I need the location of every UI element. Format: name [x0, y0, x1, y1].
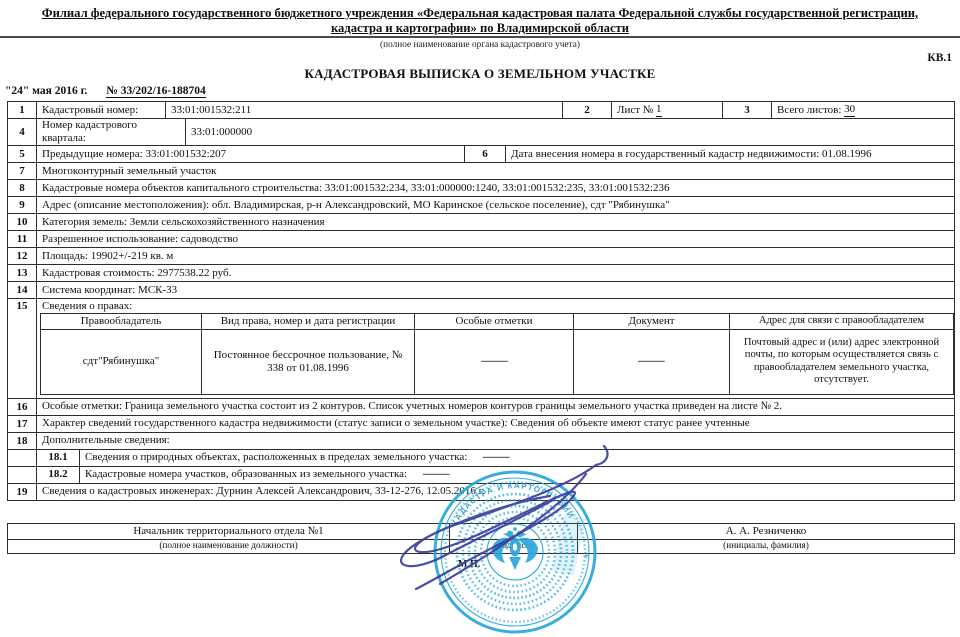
row-18-1: 18.1 Сведения о природных объектах, расп… [8, 449, 954, 466]
position-title: Начальник территориального отдела №1 [8, 524, 450, 540]
land-category: Категория земель: Земли сельскохозяйстве… [37, 214, 954, 230]
row-11: 11 Разрешенное использование: садоводств… [8, 230, 954, 247]
row-16: 16 Особые отметки: Граница земельного уч… [8, 398, 954, 415]
rights-type: Постоянное бессрочное пользование, № 338… [202, 330, 415, 394]
row-7-num: 7 [8, 163, 37, 179]
row-9-num: 9 [8, 197, 37, 213]
row-5: 5 Предыдущие номера: 33:01:001532:207 6 … [8, 145, 954, 162]
rights-contact-address: Почтовый адрес и (или) адрес электронной… [730, 330, 953, 394]
row-4-num: 4 [8, 119, 37, 145]
derived-parcels-text: Кадастровые номера участков, образованны… [85, 468, 407, 481]
row-15-num: 15 [8, 299, 37, 398]
org-name-line1: Филиал федерального государственного бюд… [42, 6, 918, 20]
row-10: 10 Категория земель: Земли сельскохозяйс… [8, 213, 954, 230]
area: Площадь: 19902+/-219 кв. м [37, 248, 954, 264]
rights-header-right: Вид права, номер и дата регистрации [202, 314, 415, 329]
row-18: 18 Дополнительные сведения: [8, 432, 954, 449]
row-17-num: 17 [8, 416, 37, 432]
org-name-line2: кадастра и картографии» по Владимирской … [331, 21, 629, 35]
row-12: 12 Площадь: 19902+/-219 кв. м [8, 247, 954, 264]
row-18-num: 18 [8, 433, 37, 449]
row-10-num: 10 [8, 214, 37, 230]
name-caption: (инициалы, фамилия) [578, 540, 954, 553]
row-18-2-num: 18.2 [37, 467, 80, 483]
row-18-1-spacer [8, 450, 37, 466]
previous-numbers: Предыдущие номера: 33:01:001532:207 [37, 146, 465, 162]
row-2-num: 2 [563, 102, 612, 118]
rights-table: Правообладатель Вид права, номер и дата … [40, 313, 954, 395]
row-14-num: 14 [8, 282, 37, 298]
permitted-use: Разрешенное использование: садоводство [37, 231, 954, 247]
row-1: 1 Кадастровый номер: 33:01:001532:211 2 … [8, 102, 954, 118]
natural-objects-info: Сведения о природных объектах, расположе… [80, 450, 954, 466]
org-name: Филиал федерального государственного бюд… [0, 0, 960, 35]
row-18-1-num: 18.1 [37, 450, 80, 466]
seal-place-mark: М.П. [458, 559, 960, 570]
form-code: КВ.1 [0, 52, 960, 64]
row-12-num: 12 [8, 248, 37, 264]
rights-section: Сведения о правах: Правообладатель Вид п… [37, 299, 954, 398]
official-name: А. А. Резниченко [578, 524, 954, 540]
cadastral-extract-page: Филиал федерального государственного бюд… [0, 0, 960, 637]
rights-document-dash: — [638, 355, 664, 368]
row-13-num: 13 [8, 265, 37, 281]
doc-number: № 33/202/16-188704 [106, 85, 205, 98]
doc-title: КАДАСТРОВАЯ ВЫПИСКА О ЗЕМЕЛЬНОМ УЧАСТКЕ [0, 66, 960, 81]
row-11-num: 11 [8, 231, 37, 247]
rights-header-document: Документ [574, 314, 730, 329]
additional-info-label: Дополнительные сведения: [37, 433, 954, 449]
quarter-number-label: Номер кадастрового квартала: [37, 119, 186, 145]
rights-table-row: сдт"Рябинушка" Постоянное бессрочное пол… [41, 330, 953, 394]
registration-date: Дата внесения номера в государственный к… [506, 146, 954, 162]
row-4: 4 Номер кадастрового квартала: 33:01:000… [8, 118, 954, 145]
row-8-num: 8 [8, 180, 37, 196]
sheet-cell: Лист № 1 [612, 102, 723, 118]
position-caption: (полное наименование должности) [8, 540, 450, 553]
row-15: 15 Сведения о правах: Правообладатель Ви… [8, 298, 954, 398]
row-16-num: 16 [8, 399, 37, 415]
row-6-num: 6 [465, 146, 506, 162]
rights-table-header: Правообладатель Вид права, номер и дата … [41, 314, 953, 330]
signature-block: Начальник территориального отдела №1 А. … [7, 523, 955, 554]
row-8: 8 Кадастровые номера объектов капитально… [8, 179, 954, 196]
row-18-2: 18.2 Кадастровые номера участков, образо… [8, 466, 954, 483]
row-5-num: 5 [8, 146, 37, 162]
rights-header-address: Адрес для связи с правообладателем [730, 314, 953, 329]
cadastral-engineers: Сведения о кадастровых инженерах: Дурнин… [37, 484, 954, 500]
row-1-num: 1 [8, 102, 37, 118]
multicontour-note: Многоконтурный земельный участок [37, 163, 954, 179]
row-13: 13 Кадастровая стоимость: 2977538.22 руб… [8, 264, 954, 281]
rights-label: Сведения о правах: [37, 299, 954, 312]
cadastral-number-value: 33:01:001532:211 [166, 102, 563, 118]
cadastral-number-label: Кадастровый номер: [37, 102, 166, 118]
rights-header-holder: Правообладатель [41, 314, 202, 329]
main-table: 1 Кадастровый номер: 33:01:001532:211 2 … [7, 101, 955, 501]
natural-objects-dash: — [483, 451, 509, 464]
org-caption: (полное наименование органа кадастрового… [0, 40, 960, 50]
record-status: Характер сведений государственного кадас… [37, 416, 954, 432]
doc-date: "24" мая 2016 г. [5, 85, 87, 97]
capital-objects-numbers: Кадастровые номера объектов капитального… [37, 180, 954, 196]
row-14: 14 Система координат: МСК-33 [8, 281, 954, 298]
derived-parcels-info: Кадастровые номера участков, образованны… [80, 467, 954, 483]
address: Адрес (описание местоположения): обл. Вл… [37, 197, 954, 213]
sign-caption: (подпись) [450, 540, 578, 553]
rights-marks-dash: — [481, 355, 507, 368]
rights-document: — [574, 330, 730, 394]
total-sheets-label: Всего листов: [777, 104, 841, 117]
cadastral-value: Кадастровая стоимость: 2977538.22 руб. [37, 265, 954, 281]
special-marks: Особые отметки: Граница земельного участ… [37, 399, 954, 415]
signature-cell [450, 524, 578, 540]
rights-holder: сдт"Рябинушка" [41, 330, 202, 394]
row-3-num: 3 [723, 102, 772, 118]
row-7: 7 Многоконтурный земельный участок [8, 162, 954, 179]
total-sheets-cell: Всего листов: 30 [772, 102, 954, 118]
quarter-number-value: 33:01:000000 [186, 119, 954, 145]
rights-marks: — [415, 330, 574, 394]
coordinate-system: Система координат: МСК-33 [37, 282, 954, 298]
date-line: "24" мая 2016 г. № 33/202/16-188704 [5, 85, 960, 98]
row-17: 17 Характер сведений государственного ка… [8, 415, 954, 432]
row-19: 19 Сведения о кадастровых инженерах: Дур… [8, 483, 954, 500]
row-18-2-spacer [8, 467, 37, 483]
natural-objects-text: Сведения о природных объектах, расположе… [85, 451, 467, 464]
rights-header-marks: Особые отметки [415, 314, 574, 329]
derived-parcels-dash: — [423, 468, 449, 481]
row-19-num: 19 [8, 484, 37, 500]
total-sheets-value: 30 [844, 103, 855, 117]
row-9: 9 Адрес (описание местоположения): обл. … [8, 196, 954, 213]
sheet-label: Лист № [617, 104, 653, 117]
header-rule [0, 36, 960, 38]
sheet-value: 1 [656, 103, 662, 117]
